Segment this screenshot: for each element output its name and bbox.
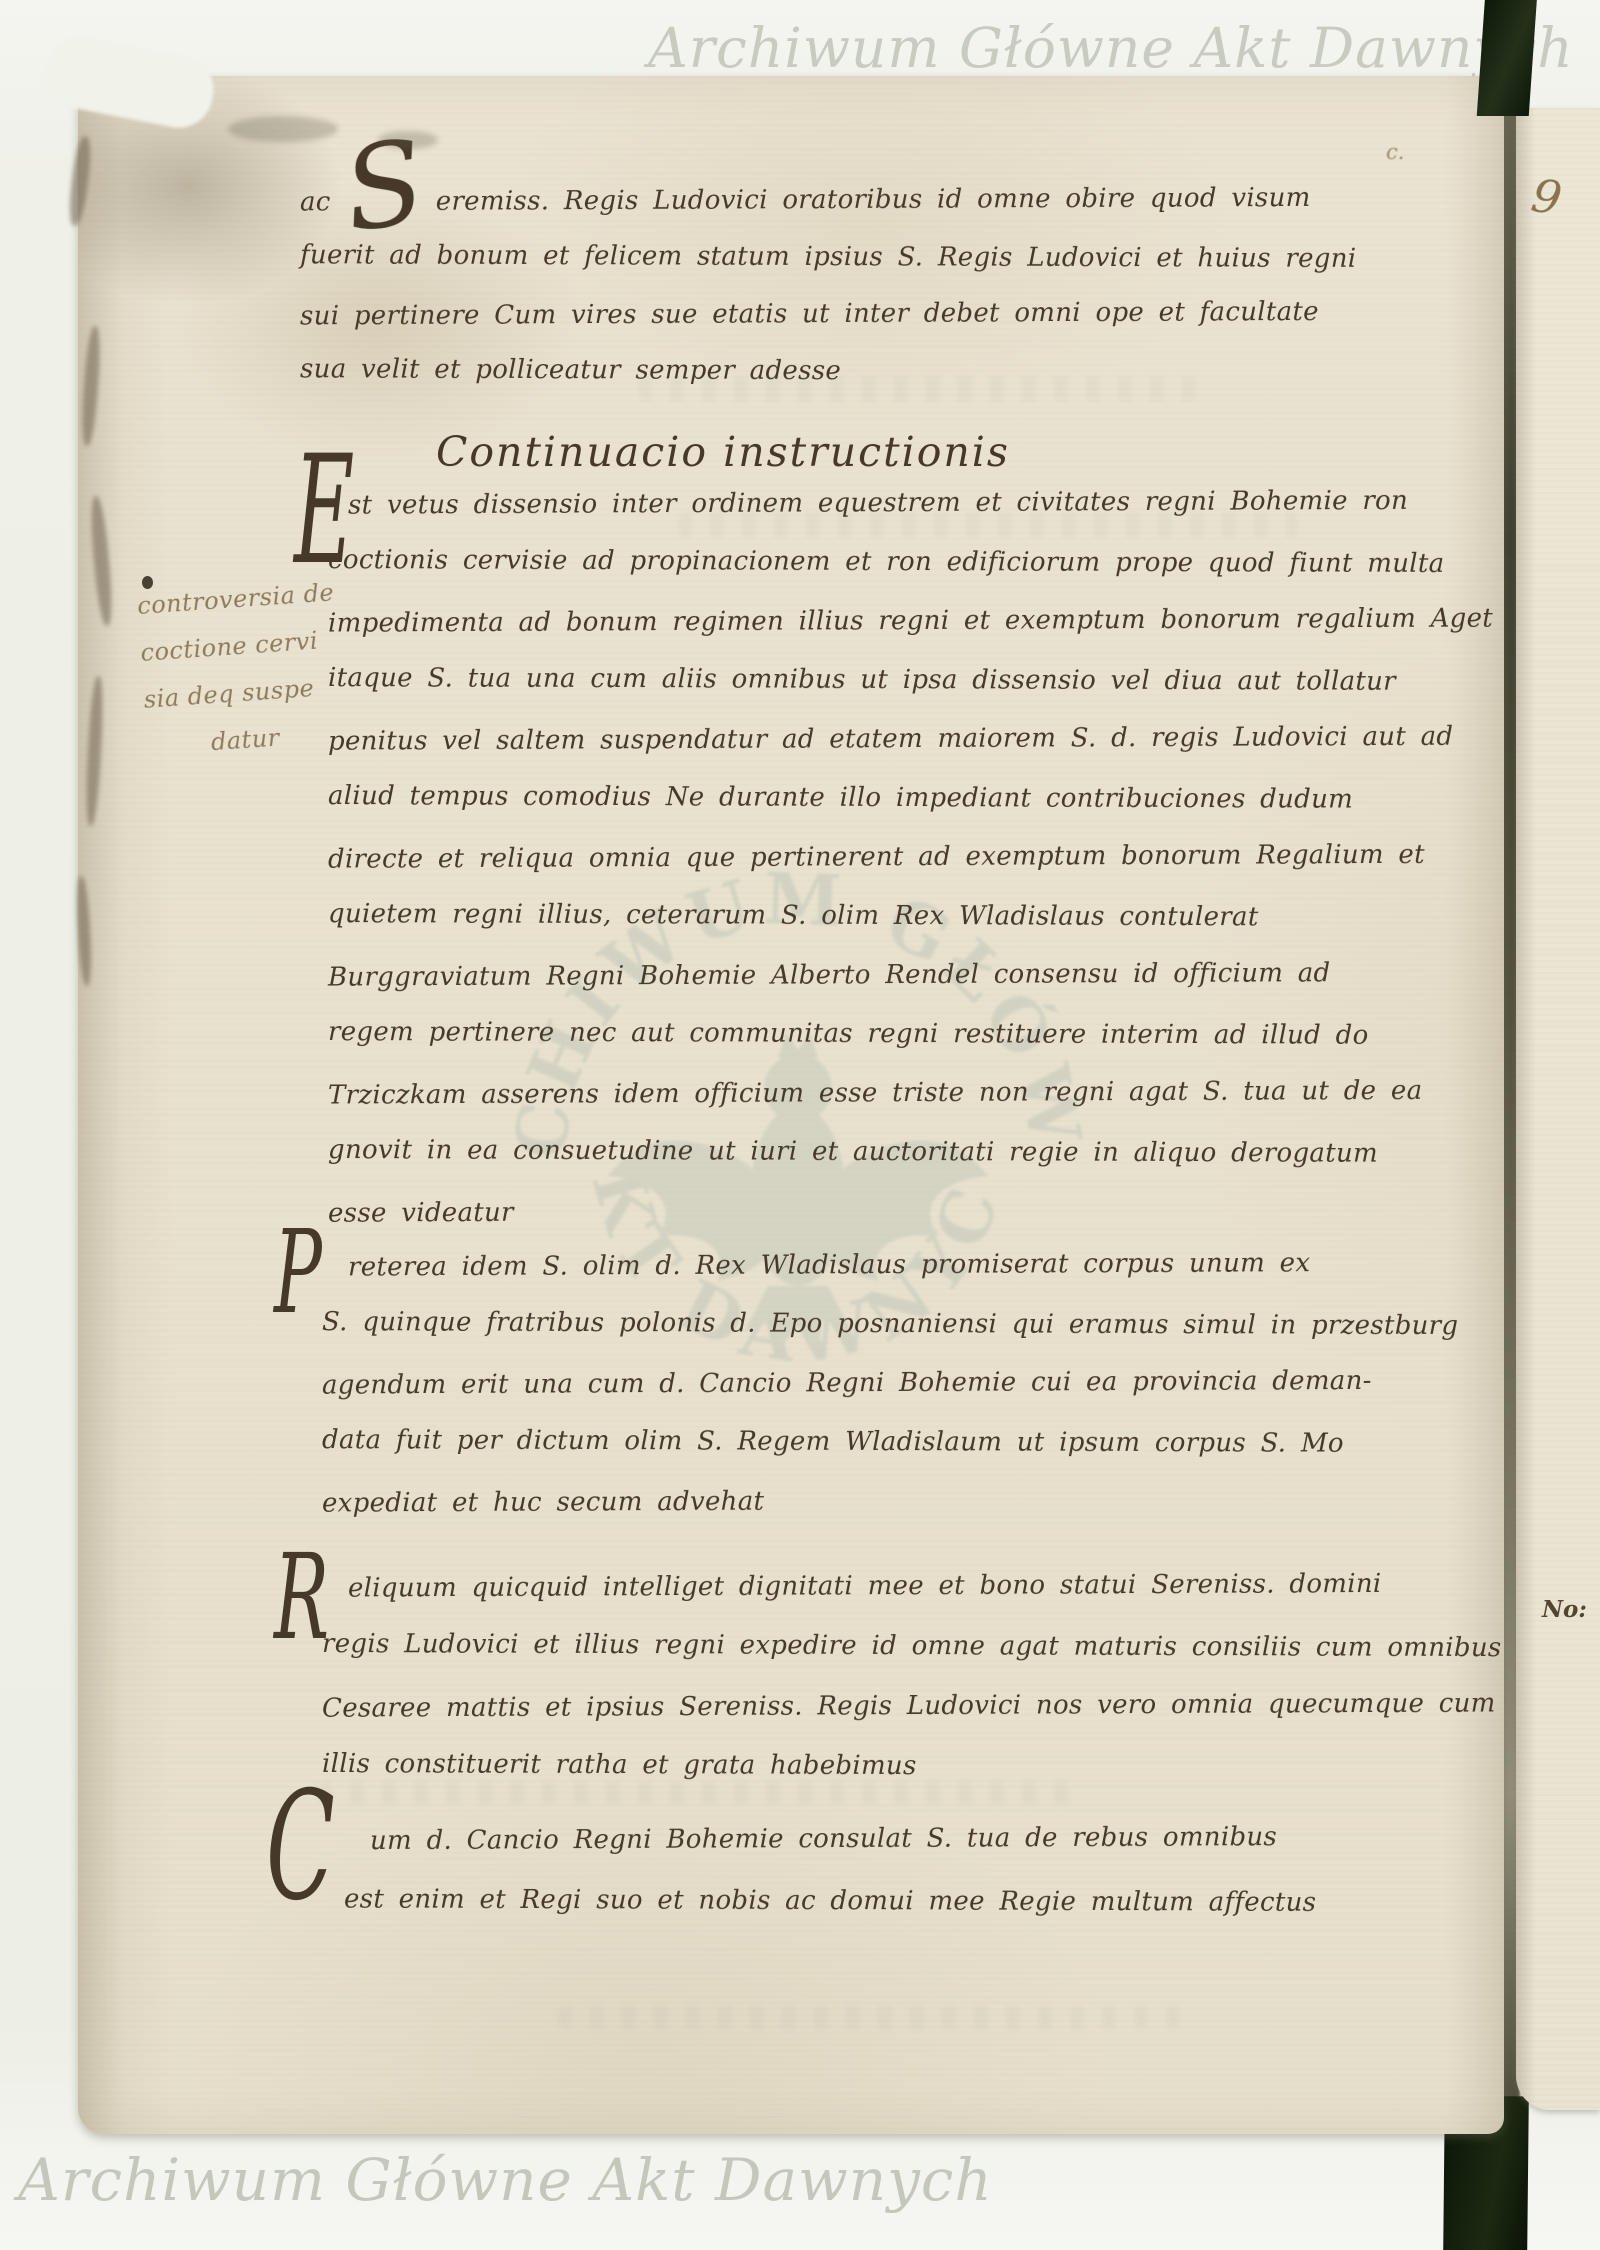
watermark-bottom: Archiwum Główne Akt Dawnych: [18, 2146, 993, 2214]
smudge-mark: [228, 116, 338, 142]
manuscript-line: agendum erit una cum d. Cancio Regni Boh…: [322, 1352, 1459, 1416]
manuscript-line: data fuit per dictum olim S. Regem Wladi…: [322, 1411, 1459, 1474]
manuscript-line: gnovit in ea consuetudine ut iuri et auc…: [328, 1121, 1493, 1184]
bleedthrough-text: [558, 2006, 1198, 2030]
edge-stain: [88, 496, 114, 627]
edge-stain: [84, 676, 105, 826]
opening-line-rest: eremiss. Regis Ludovici oratoribus id om…: [436, 183, 1311, 217]
opening-initial: S: [345, 181, 423, 192]
margin-note: controversia de coctione cervi sia deq s…: [136, 569, 346, 770]
manuscript-line: impedimenta ad bonum regimen illius regn…: [328, 589, 1493, 653]
section-paragraph: eliquum quicquid intelliget dignitati me…: [322, 1556, 1502, 1796]
manuscript-line: penitus vel saltem suspendatur ad etatem…: [328, 707, 1493, 771]
manuscript-line: regem pertinere nec aut communitas regni…: [328, 1003, 1493, 1066]
manuscript-line: um d. Cancio Regni Bohemie consulat S. t…: [344, 1806, 1317, 1872]
manuscript-line: directe et reliqua omnia que pertinerent…: [328, 825, 1493, 889]
drop-initial-R: R: [274, 1538, 329, 1656]
section-paragraph: um d. Cancio Regni Bohemie consulat S. t…: [344, 1808, 1316, 1932]
manuscript-line: quietem regni illius, ceterarum S. olim …: [328, 885, 1493, 948]
smudge-mark: [378, 131, 438, 149]
manuscript-line: regis Ludovici et illius regni expedire …: [322, 1614, 1502, 1678]
manuscript-line: Trziczkam asserens idem officium esse tr…: [328, 1061, 1493, 1125]
manuscript-page: ARCHIWUM GŁÓWNE AKT DAWNYCH acSeremiss. …: [78, 76, 1504, 2134]
drop-initial-P: P: [274, 1216, 322, 1331]
manuscript-line: aliud tempus comodius Ne durante illo im…: [328, 767, 1493, 830]
stray-ink-mark: c.: [1386, 140, 1404, 164]
opening-paragraph: acSeremiss. Regis Ludovici oratoribus id…: [300, 172, 1356, 400]
section-paragraph: st vetus dissensio inter ordinem equestr…: [328, 474, 1493, 1241]
manuscript-line: S. quinque fratribus polonis d. Epo posn…: [322, 1293, 1459, 1356]
manuscript-line: fuerit ad bonum et felicem statum ipsius…: [300, 227, 1357, 288]
manuscript-line: eliquum quicquid intelliget dignitati me…: [322, 1553, 1502, 1618]
manuscript-line: st vetus dissensio inter ordinem equestr…: [328, 471, 1493, 535]
manuscript-line: sui pertinere Cum vires sue etatis ut in…: [300, 284, 1357, 346]
manuscript-line: coctionis cervisie ad propinacionem et r…: [328, 531, 1493, 594]
edge-stain: [67, 135, 94, 226]
torn-corner: [39, 30, 220, 133]
facing-page-folio-number: 9: [1528, 168, 1566, 226]
manuscript-line: Cesaree mattis et ipsius Sereniss. Regis…: [322, 1673, 1502, 1738]
opening-lead: ac: [300, 187, 331, 217]
manuscript-line: itaque S. tua una cum aliis omnibus ut i…: [328, 649, 1493, 712]
section-paragraph: reterea idem S. olim d. Rex Wladislaus p…: [322, 1236, 1458, 1531]
manuscript-line: sua velit et polliceatur semper adesse: [300, 341, 1357, 402]
section-heading: Continuacio instructionis: [436, 428, 1010, 476]
manuscript-line: illis constituerit ratha et grata habebi…: [322, 1734, 1502, 1798]
manuscript-line: acSeremiss. Regis Ludovici oratoribus id…: [300, 170, 1357, 232]
facing-page-edge: 9 No:: [1516, 108, 1600, 2110]
ink-spot: [142, 576, 153, 589]
drop-initial-C: C: [266, 1772, 335, 1922]
watermark-top: Archiwum Główne Akt Dawnych: [648, 16, 1574, 80]
facing-page-no-label: No:: [1542, 1596, 1587, 1623]
manuscript-line: Burggraviatum Regni Bohemie Alberto Rend…: [328, 943, 1493, 1007]
edge-stain: [75, 876, 93, 986]
archive-scan: Archiwum Główne Akt Dawnych Archiwum Głó…: [0, 0, 1600, 2250]
binding-ribbon-top: [1477, 0, 1538, 116]
manuscript-line: reterea idem S. olim d. Rex Wladislaus p…: [322, 1234, 1459, 1298]
edge-stain: [80, 326, 102, 447]
manuscript-line: expediat et huc secum advehat: [322, 1470, 1459, 1534]
manuscript-line: est enim et Regi suo et nobis ac domui m…: [344, 1868, 1317, 1933]
